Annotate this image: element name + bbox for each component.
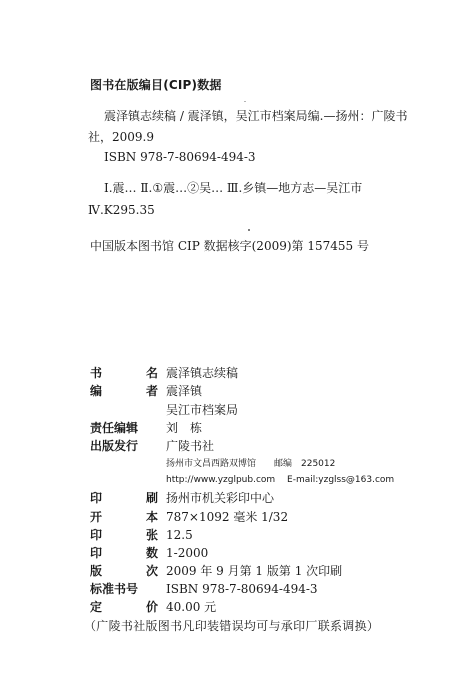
row-label: 印数: [90, 546, 158, 560]
cip-classification-1: Ⅰ.震… Ⅱ.①震…②吴… Ⅲ.乡镇—地方志—吴江市: [104, 181, 362, 195]
colophon-row-title: 书名 震泽镇志续稿: [90, 366, 238, 380]
colophon-row-editor: 编者 震泽镇: [90, 384, 202, 398]
row-value: 40.00 元: [166, 600, 216, 614]
row-label: 编者: [90, 384, 158, 398]
row-value: 吴江市档案局: [166, 403, 238, 417]
speck: [244, 101, 246, 102]
row-label: 版次: [90, 564, 158, 578]
colophon-row-format: 开本 787×1092 毫米 1/32: [90, 510, 288, 524]
colophon-row-publisher: 出版发行 广陵书社: [90, 439, 214, 453]
colophon-row-print-run: 印数 1-2000: [90, 546, 208, 560]
colophon-row-sheets: 印张 12.5: [90, 528, 193, 542]
row-label: 出版发行: [90, 439, 158, 453]
cip-entry-line-2: 社，2009.9: [88, 130, 154, 144]
cip-entry-line-1: 震泽镇志续稿 / 震泽镇，吴江市档案局编.—扬州：广陵书: [104, 109, 408, 123]
row-value: 震泽镇志续稿: [166, 366, 238, 380]
publisher-address: 扬州市文昌西路双博馆 邮编 225012: [166, 459, 335, 470]
row-value: 787×1092 毫米 1/32: [166, 510, 288, 524]
row-value: 广陵书社: [166, 439, 214, 453]
row-value: 刘 栋: [166, 421, 202, 435]
cip-classification-2: Ⅳ.K295.35: [88, 203, 155, 217]
colophon-row-responsible-editor: 责任编辑 刘 栋: [90, 421, 202, 435]
colophon-row-price: 定价 40.00 元: [90, 600, 216, 614]
publisher-web-email: http://www.yzglpub.com E-mail:yzglss@163…: [166, 475, 394, 486]
colophon-row-isbn: 标准书号 ISBN 978-7-80694-494-3: [90, 582, 318, 596]
row-label: 印刷: [90, 491, 158, 505]
row-value: 扬州市机关彩印中心: [166, 491, 274, 505]
row-label: 定价: [90, 600, 158, 614]
row-label: 书名: [90, 366, 158, 380]
colophon-row-edition: 版次 2009 年 9 月第 1 版第 1 次印刷: [90, 564, 342, 578]
row-value: 震泽镇: [166, 384, 202, 398]
cip-isbn: ISBN 978-7-80694-494-3: [104, 150, 256, 164]
row-label: 开本: [90, 510, 158, 524]
cip-number: 中国版本图书馆 CIP 数据核字(2009)第 157455 号: [90, 239, 369, 253]
row-label: 标准书号: [90, 582, 158, 596]
colophon-row-printer: 印刷 扬州市机关彩印中心: [90, 491, 274, 505]
row-label: 印张: [90, 528, 158, 542]
row-value: 2009 年 9 月第 1 版第 1 次印刷: [166, 564, 342, 578]
row-value: 12.5: [166, 528, 193, 542]
cip-title: 图书在版编目(CIP)数据: [90, 76, 222, 93]
row-value: 1-2000: [166, 546, 208, 560]
replacement-notice: （广陵书社版图书凡印装错误均可与承印厂联系调换）: [84, 619, 379, 633]
colophon-row-editor-2: 吴江市档案局: [90, 403, 238, 417]
speck: [248, 229, 250, 231]
row-value: ISBN 978-7-80694-494-3: [166, 582, 318, 596]
row-label: 责任编辑: [90, 421, 158, 435]
